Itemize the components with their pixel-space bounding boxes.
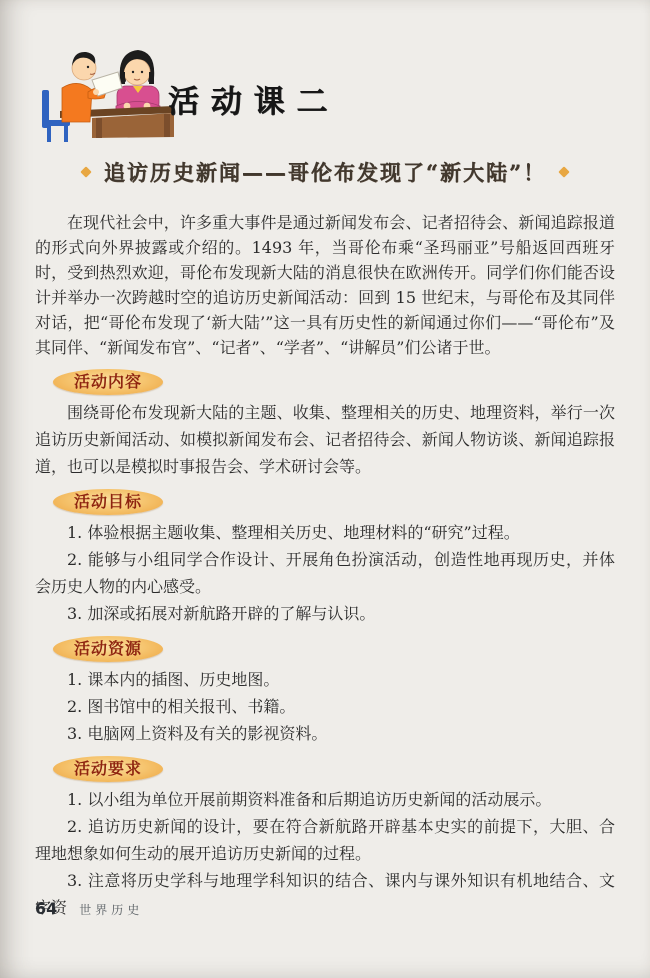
book-title: 世界历史 (79, 901, 143, 918)
page-subtitle: 追访历史新闻——哥伦布发现了“新大陆”！ (104, 157, 546, 187)
section-title: 活动目标 (74, 492, 142, 511)
intro-paragraph: 在现代社会中，许多重大事件是通过新闻发布会、记者招待会、新闻追踪报道的形式向外界… (35, 210, 615, 360)
page-content: 在现代社会中，许多重大事件是通过新闻发布会、记者招待会、新闻追踪报道的形式向外界… (35, 210, 615, 921)
students-cartoon-illustration (34, 34, 180, 146)
section-list-item: 2. 图书馆中的相关报刊、书籍。 (35, 693, 615, 720)
diamond-accent-icon (558, 166, 569, 177)
section-list-item: 2. 能够与小组同学合作设计、开展角色扮演活动，创造性地再现历史，并体会历史人物… (35, 546, 615, 600)
lesson-title: 活动课二 (168, 76, 339, 121)
section-list-item: 2. 追访历史新闻的设计，要在符合新航路开辟基本史实的前提下，大胆、合理地想象如… (35, 813, 615, 867)
section-list-item: 1. 课本内的插图、历史地图。 (35, 666, 615, 693)
section-activity-requirements: 活动要求 1. 以小组为单位开展前期资料准备和后期追访历史新闻的活动展示。 2.… (35, 747, 615, 921)
section-header-highlight: 活动目标 (53, 489, 163, 515)
section-activity-goals: 活动目标 1. 体验根据主题收集、整理相关历史、地理材料的“研究”过程。 2. … (35, 480, 615, 627)
section-list-item: 1. 体验根据主题收集、整理相关历史、地理材料的“研究”过程。 (35, 519, 615, 546)
students-cartoon-svg (34, 34, 180, 146)
section-activity-content: 活动内容 围绕哥伦布发现新大陆的主题、收集、整理相关的历史、地理资料，举行一次追… (35, 360, 615, 480)
section-title: 活动内容 (74, 372, 142, 391)
section-title: 活动要求 (74, 759, 142, 778)
section-paragraph: 围绕哥伦布发现新大陆的主题、收集、整理相关的历史、地理资料，举行一次追访历史新闻… (35, 399, 615, 480)
section-title: 活动资源 (74, 639, 142, 658)
section-list-item: 1. 以小组为单位开展前期资料准备和后期追访历史新闻的活动展示。 (35, 786, 615, 813)
section-list-item: 3. 电脑网上资料及有关的影视资料。 (35, 720, 615, 747)
subtitle-row: 追访历史新闻——哥伦布发现了“新大陆”！ (0, 152, 650, 192)
section-header-highlight: 活动内容 (53, 369, 163, 395)
page-footer: 64 世界历史 (35, 899, 595, 918)
diamond-accent-icon (80, 166, 91, 177)
page-number: 64 (35, 899, 57, 918)
section-activity-resources: 活动资源 1. 课本内的插图、历史地图。 2. 图书馆中的相关报刊、书籍。 3.… (35, 627, 615, 747)
section-list-item: 3. 加深或拓展对新航路开辟的了解与认识。 (35, 600, 615, 627)
section-header-highlight: 活动资源 (53, 636, 163, 662)
section-header-highlight: 活动要求 (53, 756, 163, 782)
